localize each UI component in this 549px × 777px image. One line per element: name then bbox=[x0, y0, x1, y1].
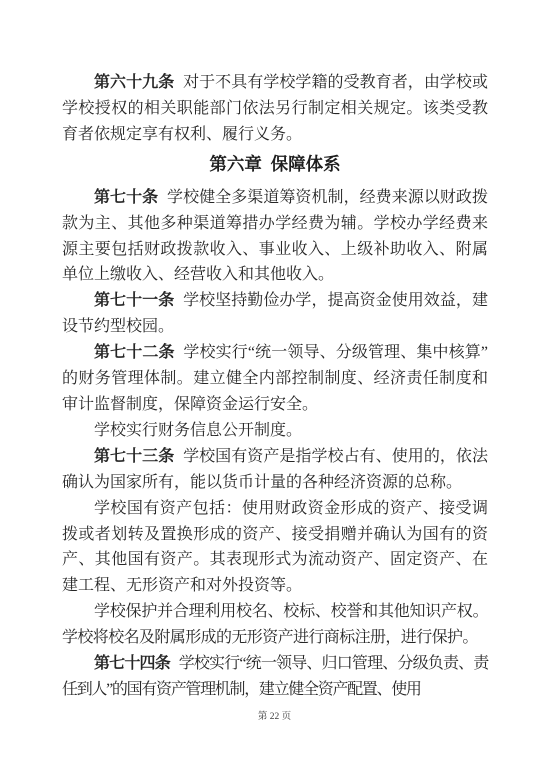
article-74-number: 第七十四条 bbox=[94, 655, 170, 672]
article-69-paragraph: 第六十九条对于不具有学校学籍的受教育者，由学校或学校授权的相关职能部门依法另行制… bbox=[62, 70, 488, 148]
page-body-text: 第六十九条对于不具有学校学籍的受教育者，由学校或学校授权的相关职能部门依法另行制… bbox=[62, 70, 488, 703]
article-71-number: 第七十一条 bbox=[94, 292, 174, 309]
article-72-paragraph-2: 学校实行财务信息公开制度。 bbox=[62, 418, 488, 444]
page-number: 第 22 页 bbox=[0, 708, 549, 722]
article-73-paragraph-3-text: 学校保护并合理利用校名、校标、校誉和其他知识产权。学校将校名及附属形成的无形资产… bbox=[62, 603, 488, 646]
article-73-paragraph: 第七十三条学校国有资产是指学校占有、使用的，依法确认为国家所有，能以货币计量的各… bbox=[62, 444, 488, 496]
article-72-paragraph-2-text: 学校实行财务信息公开制度。 bbox=[94, 422, 302, 439]
article-73-paragraph-2: 学校国有资产包括：使用财政资金形成的资产、接受调拨或者划转及置换形成的资产、接受… bbox=[62, 496, 488, 600]
chapter-6-heading: 第六章 保障体系 bbox=[62, 153, 488, 175]
article-74-paragraph: 第七十四条学校实行“统一领导、归口管理、分级负责、责任到人”的国有资产管理机制，… bbox=[62, 651, 488, 703]
article-71-paragraph: 第七十一条学校坚持勤俭办学，提高资金使用效益，建设节约型校园。 bbox=[62, 288, 488, 340]
article-72-paragraph: 第七十二条学校实行“统一领导、分级管理、集中核算”的财务管理体制。建立健全内部控… bbox=[62, 340, 488, 418]
article-70-paragraph: 第七十条学校健全多渠道筹资机制，经费来源以财政拨款为主、其他多种渠道筹措办学经费… bbox=[62, 185, 488, 289]
article-73-number: 第七十三条 bbox=[94, 448, 174, 465]
article-72-number: 第七十二条 bbox=[94, 344, 175, 361]
document-page: { "page": { "background": "#ffffff", "te… bbox=[0, 0, 549, 777]
article-73-paragraph-2-text: 学校国有资产包括：使用财政资金形成的资产、接受调拨或者划转及置换形成的资产、接受… bbox=[62, 500, 488, 595]
article-69-number: 第六十九条 bbox=[94, 74, 174, 91]
article-73-paragraph-3: 学校保护并合理利用校名、校标、校誉和其他知识产权。学校将校名及附属形成的无形资产… bbox=[62, 599, 488, 651]
article-70-number: 第七十条 bbox=[94, 189, 158, 206]
